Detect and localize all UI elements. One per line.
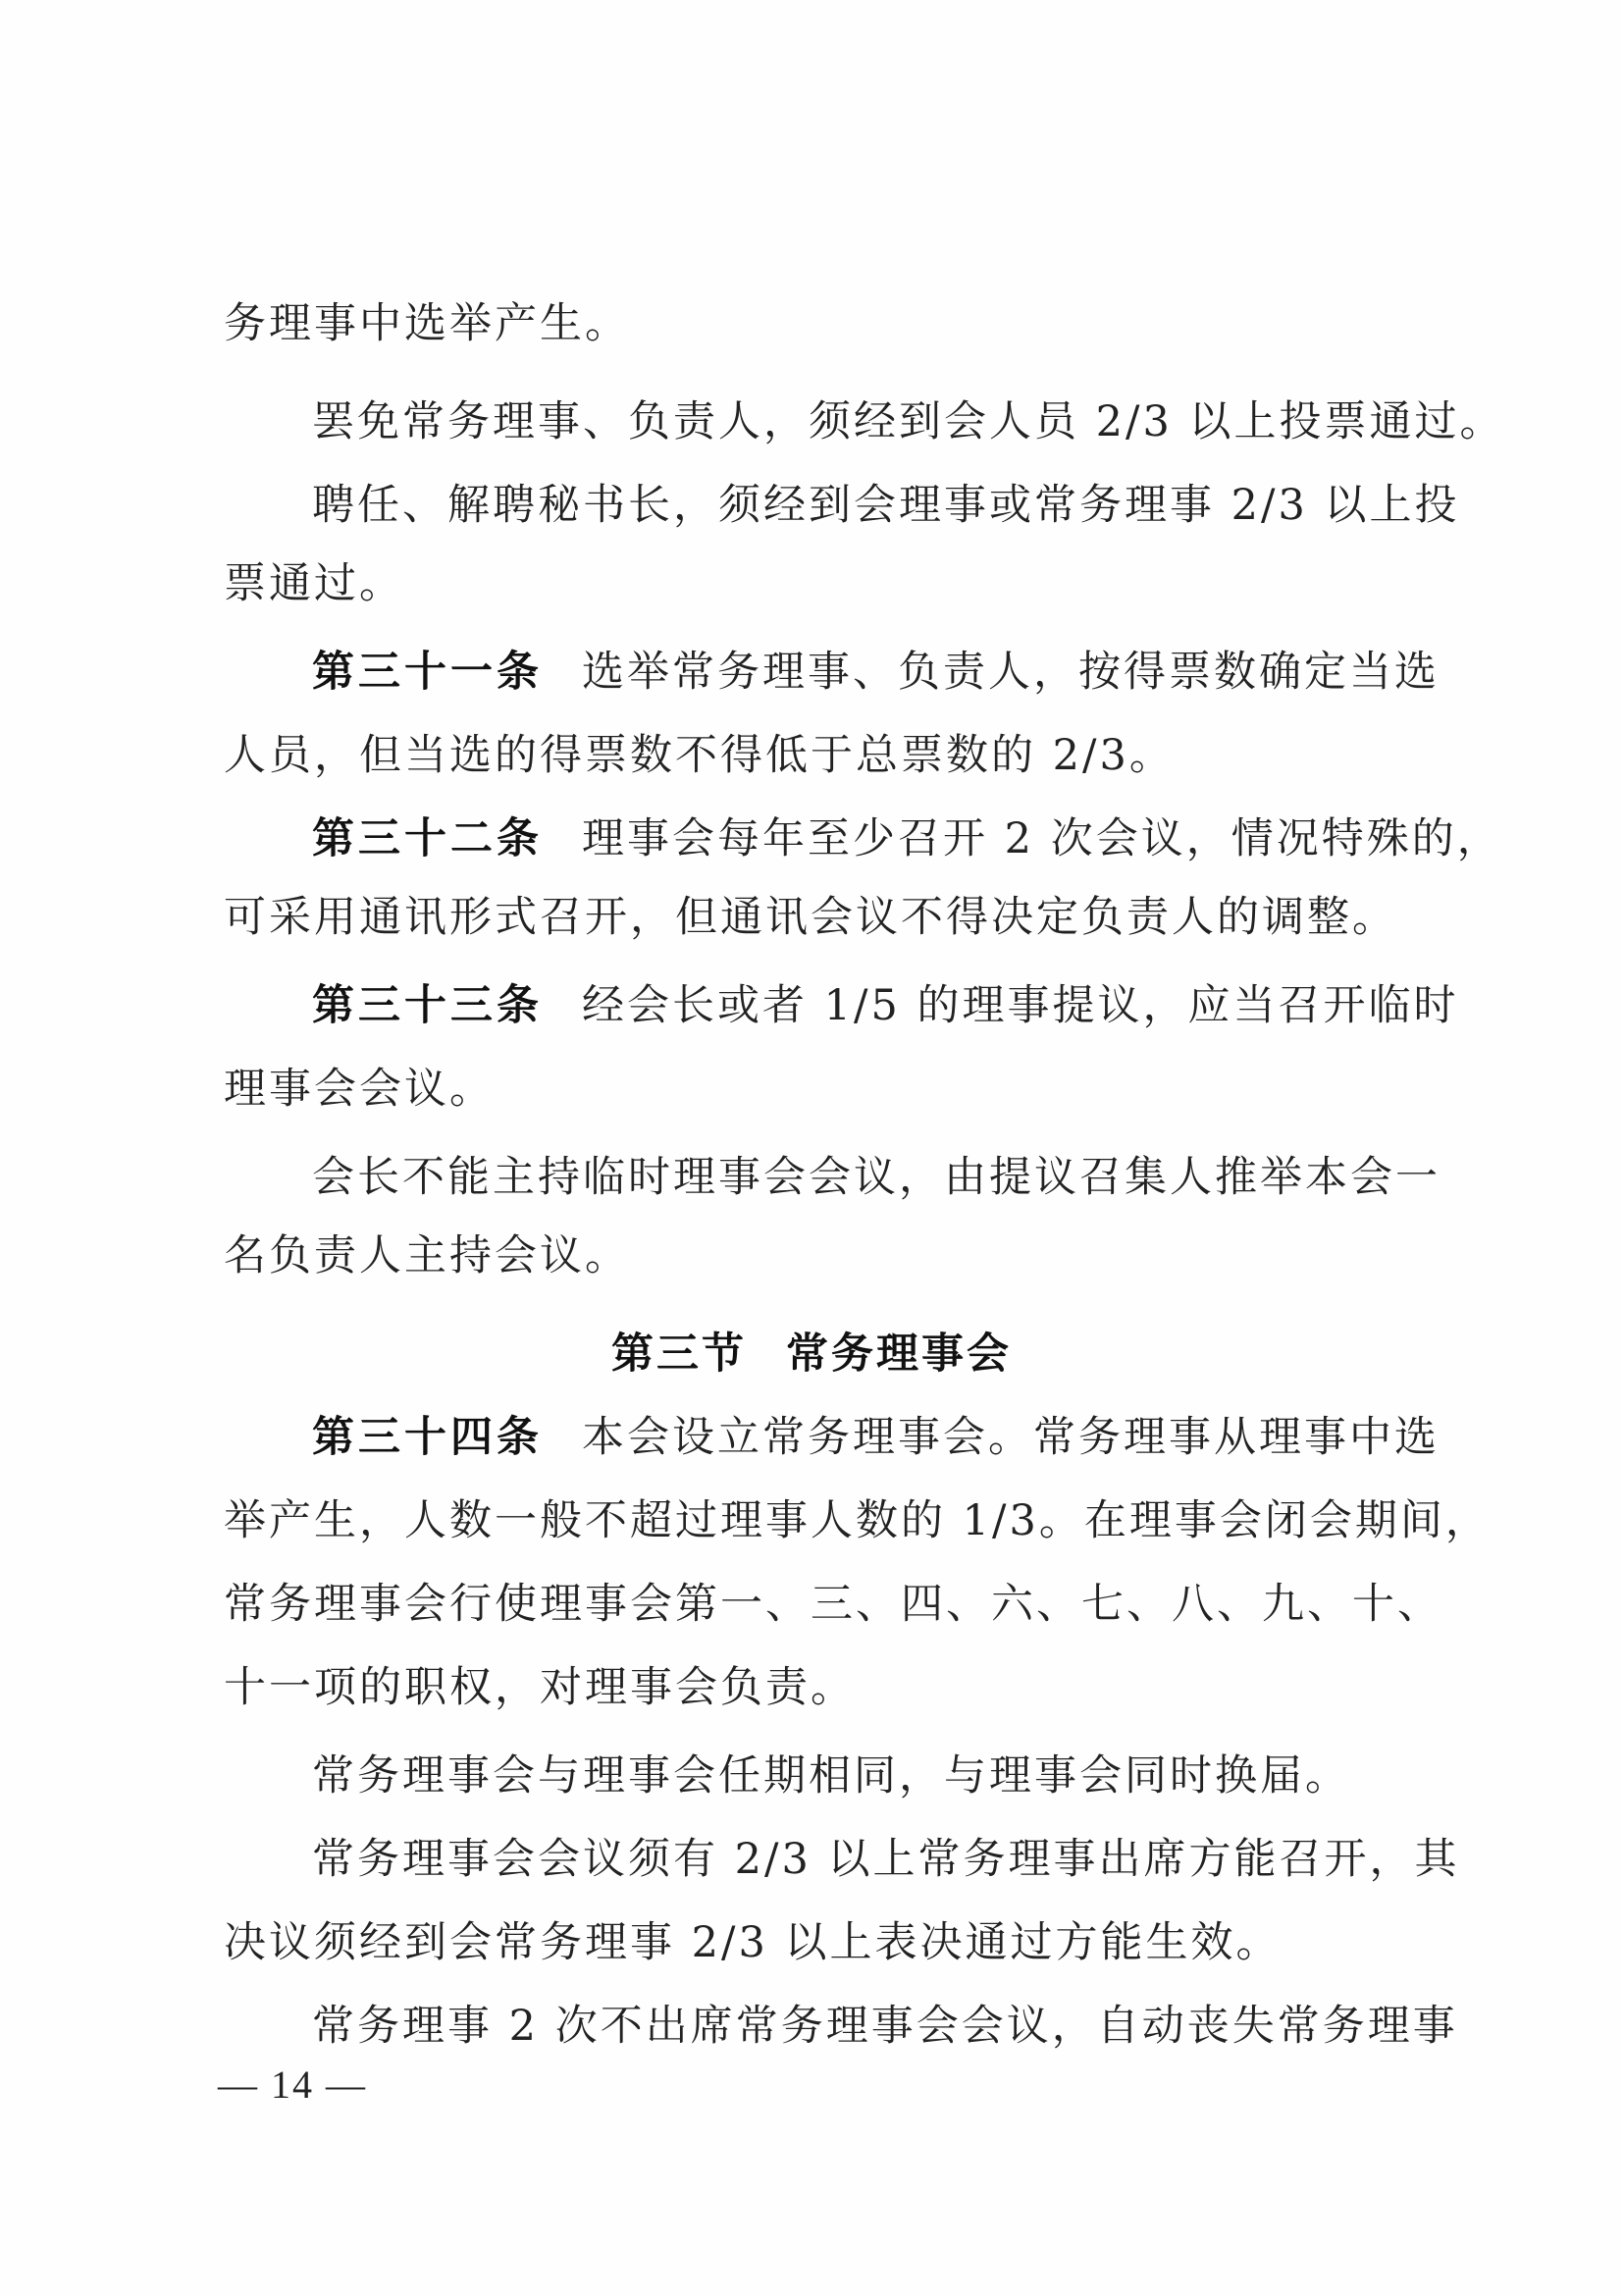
paragraph-line: 可采用通讯形式召开，但通讯会议不得决定负责人的调整。 [224, 888, 1431, 947]
paragraph-line: 人员，但当选的得票数不得低于总票数的 2/3。 [224, 726, 1431, 785]
section-heading: 第三节常务理事会 [0, 1325, 1623, 1383]
article-34-line: 第三十四条本会设立常务理事会。常务理事从理事中选 [312, 1408, 1431, 1467]
article-number: 第三十二条 [312, 814, 543, 863]
article-text: 理事会每年至少召开 2 次会议，情况特殊的， [582, 814, 1502, 863]
paragraph-line: 决议须经到会常务理事 2/3 以上表决通过方能生效。 [224, 1913, 1431, 1972]
paragraph-line: 罢免常务理事、负责人，须经到会人员 2/3 以上投票通过。 [312, 392, 1431, 451]
article-text: 经会长或者 1/5 的理事提议，应当召开临时 [582, 981, 1459, 1030]
article-33-line: 第三十三条经会长或者 1/5 的理事提议，应当召开临时 [312, 976, 1431, 1035]
article-32-line: 第三十二条理事会每年至少召开 2 次会议，情况特殊的， [312, 809, 1431, 868]
paragraph-line: 常务理事 2 次不出席常务理事会会议，自动丧失常务理事 [312, 1997, 1431, 2056]
article-number: 第三十四条 [312, 1413, 543, 1462]
page-number: — 14 — [218, 2061, 367, 2110]
paragraph-line: 理事会会议。 [224, 1060, 1431, 1119]
paragraph-line: 举产生，人数一般不超过理事人数的 1/3。在理事会闭会期间， [224, 1491, 1431, 1550]
section-title: 常务理事会 [786, 1330, 1012, 1379]
paragraph-line: 聘任、解聘秘书长，须经到会理事或常务理事 2/3 以上投 [312, 476, 1431, 535]
paragraph-line: 常务理事会行使理事会第一、三、四、六、七、八、九、十、 [224, 1575, 1431, 1634]
paragraph-line: 票通过。 [224, 554, 1431, 613]
article-number: 第三十一条 [312, 648, 543, 697]
paragraph-line: 常务理事会与理事会任期相同，与理事会同时换届。 [312, 1747, 1431, 1805]
article-text: 选举常务理事、负责人，按得票数确定当选 [582, 648, 1440, 697]
paragraph-line: 常务理事会会议须有 2/3 以上常务理事出席方能召开，其 [312, 1830, 1431, 1889]
article-text: 本会设立常务理事会。常务理事从理事中选 [582, 1413, 1440, 1462]
section-number: 第三节 [611, 1330, 747, 1379]
article-number: 第三十三条 [312, 981, 543, 1030]
document-page: 务理事中选举产生。 罢免常务理事、负责人，须经到会人员 2/3 以上投票通过。 … [0, 0, 1623, 2296]
paragraph-line: 名负责人主持会议。 [224, 1226, 1431, 1285]
article-31-line: 第三十一条选举常务理事、负责人，按得票数确定当选 [312, 643, 1431, 702]
paragraph-line: 十一项的职权，对理事会负责。 [224, 1658, 1431, 1717]
paragraph-line: 会长不能主持临时理事会会议，由提议召集人推举本会一 [312, 1148, 1431, 1207]
paragraph-line: 务理事中选举产生。 [224, 294, 1431, 353]
